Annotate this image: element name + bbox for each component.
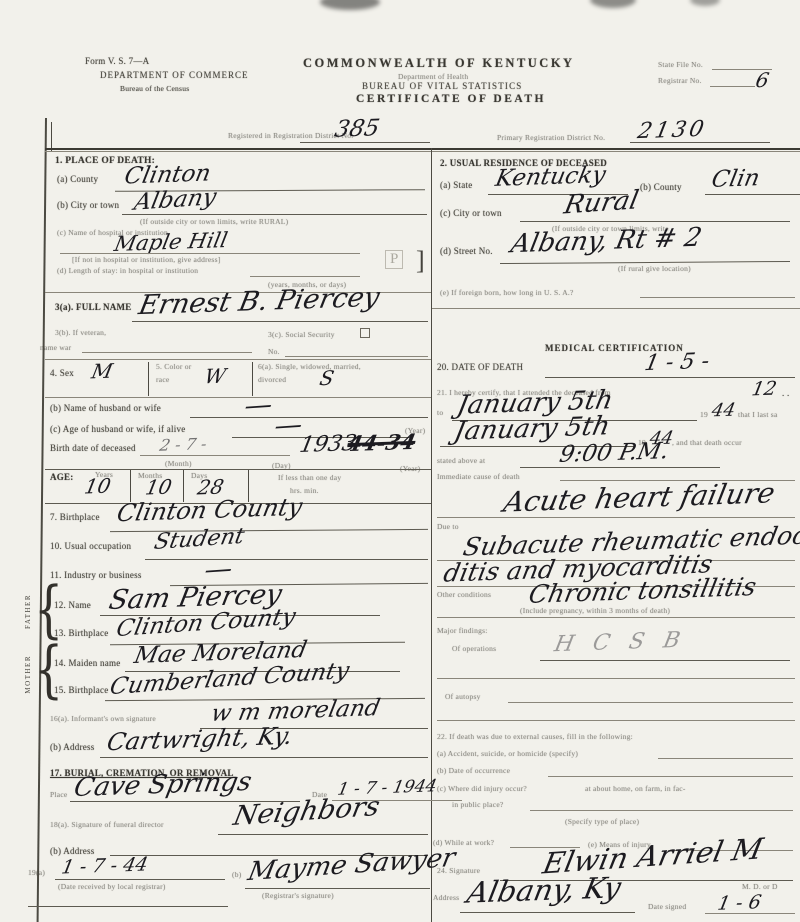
industry-value: — xyxy=(202,555,235,584)
ssn-checkbox xyxy=(360,328,370,338)
sex-label: 4. Sex xyxy=(50,368,74,378)
father-name-label: 12. Name xyxy=(54,600,91,610)
registrar-no-label: Registrar No. xyxy=(658,76,702,85)
autopsy-line xyxy=(508,702,793,703)
while-at-work-label: (d) While at work? xyxy=(433,838,494,847)
certify-tail: . . xyxy=(782,388,790,398)
attended-to-label: to xyxy=(437,408,443,417)
other-conditions-label: Other conditions xyxy=(437,590,491,599)
birthdate-scribble: 44-34 xyxy=(346,431,418,454)
funeral-director-line xyxy=(218,834,428,835)
veteran-label2: name war xyxy=(40,343,71,352)
md-note: M. D. or D xyxy=(742,882,778,891)
age-months-value: 10 xyxy=(144,477,174,498)
foreign-born-line xyxy=(640,297,795,298)
burial-place-label: Place xyxy=(50,790,68,799)
date-of-death-value: 1 - 5 - xyxy=(643,351,712,375)
ssn-no-label: No. xyxy=(268,347,280,356)
received-line xyxy=(55,879,225,880)
age-label: AGE: xyxy=(50,472,74,482)
where-line xyxy=(530,810,793,811)
department-line: DEPARTMENT OF COMMERCE xyxy=(100,70,248,80)
residence-county-line xyxy=(705,194,800,195)
registered-value: 385 xyxy=(333,117,382,142)
cell-divider xyxy=(148,362,149,396)
top-rule xyxy=(45,148,800,150)
informant-signature: w m moreland xyxy=(209,697,382,726)
where-injury-label: (c) Where did injury occur? xyxy=(437,784,527,793)
color-label: 5. Color or xyxy=(156,362,191,371)
occurrence-line xyxy=(548,776,793,777)
bottom-artifact-line xyxy=(28,906,228,907)
scan-smudge xyxy=(590,0,636,8)
residence-city-label: (c) City or town xyxy=(440,208,502,218)
street-label: (d) Street No. xyxy=(440,246,493,256)
registrar-sig-line xyxy=(245,888,430,889)
date-signed-line xyxy=(705,913,795,914)
vital-statistics-line: BUREAU OF VITAL STATISTICS xyxy=(362,81,523,91)
major-findings-label: Major findings: xyxy=(437,626,488,635)
street-note: (If rural give location) xyxy=(618,264,691,273)
district-label: Primary Registration District No. xyxy=(497,133,605,142)
autopsy-rule-2 xyxy=(437,720,795,721)
spouse-age-label: (c) Age of husband or wife, if alive xyxy=(50,424,185,434)
stamp-mark: P xyxy=(385,250,403,269)
birthdate-line xyxy=(140,455,290,456)
district-value: 2130 xyxy=(636,119,709,143)
registrar-no-value: 6 xyxy=(754,70,771,90)
other-conditions-note: (Include pregnancy, within 3 months of d… xyxy=(520,606,670,615)
mother-name-label: 14. Maiden name xyxy=(54,658,120,668)
residence-state-value: Kentucky xyxy=(493,164,607,191)
age-days-value: 28 xyxy=(196,477,226,498)
physician-sig-label: 24. Signature xyxy=(437,866,480,875)
city-line xyxy=(122,214,427,215)
attended-to-year: 44 xyxy=(710,402,737,421)
commonwealth-title: COMMONWEALTH OF KENTUCKY xyxy=(303,56,575,71)
other-rule xyxy=(437,617,795,618)
cause-rule-2 xyxy=(437,517,795,518)
city-note: (If outside city or town limits, write R… xyxy=(140,217,288,226)
death-tail: , and that death occur xyxy=(672,438,742,447)
industry-label: 11. Industry or business xyxy=(50,570,142,580)
marital-label2: divorced xyxy=(258,375,286,384)
age-less-label: If less than one day xyxy=(278,473,341,482)
scan-smudge xyxy=(690,0,720,6)
city-value: Albany xyxy=(132,186,218,215)
birthdate-value: 2 - 7 - xyxy=(158,436,208,454)
mother-group-label: MOTHER xyxy=(24,655,32,694)
fullname-value: Ernest B. Piercey xyxy=(136,284,381,319)
registrar-no-line xyxy=(710,86,755,87)
residence-state-label: (a) State xyxy=(440,180,472,190)
time-line xyxy=(520,467,720,468)
physician-address-line xyxy=(460,912,635,913)
birthplace-value: Clinton County xyxy=(115,495,304,525)
veteran-line xyxy=(82,352,252,353)
informant-address-value: Cartwright, Ky. xyxy=(105,724,295,754)
mother-birthplace-label: 15. Birthplace xyxy=(54,685,109,695)
marital-label: 6(a). Single, widowed, married, xyxy=(258,362,361,371)
residence-city-value: Rural xyxy=(562,188,641,219)
birthdate-month-caption: (Month) xyxy=(165,459,192,468)
row-sep xyxy=(45,397,431,398)
bureau-line: Bureau of the Census xyxy=(120,84,189,93)
county-label: (a) County xyxy=(57,174,98,184)
birthplace-label: 7. Birthplace xyxy=(50,512,100,522)
operations-rule-2 xyxy=(437,678,795,679)
funeral-director-label: 18(a). Signature of funeral director xyxy=(50,820,164,829)
form-number: Form V. S. 7—A xyxy=(85,56,149,66)
due-to-label: Due to xyxy=(437,522,459,531)
residence-bottom-sep xyxy=(432,308,800,309)
date-signed-label: Date signed xyxy=(648,902,686,911)
occupation-line xyxy=(145,559,428,560)
funeral-director-signature: Neighbors xyxy=(231,793,382,830)
other-conditions-value: Chronic tonsillitis xyxy=(527,574,759,607)
lastsaw-tail: that I last sa xyxy=(738,410,778,419)
death-certificate-scan: Form V. S. 7—A DEPARTMENT OF COMMERCE Bu… xyxy=(0,0,800,922)
age-divider xyxy=(130,470,131,502)
marital-value: S xyxy=(318,368,336,388)
informant-address-line xyxy=(100,757,428,758)
physician-address-label: Address xyxy=(433,893,459,902)
color-label2: race xyxy=(156,375,169,384)
date-signed-value: 1 - 6 xyxy=(716,893,763,913)
spouse-label: (b) Name of husband or wife xyxy=(50,403,161,413)
hospital-note: [If not in hospital or institution, give… xyxy=(72,255,220,264)
ssn-label: 3(c). Social Security xyxy=(268,330,335,339)
occupation-value: Student xyxy=(152,526,246,554)
stated-above-label: stated above at xyxy=(437,456,485,465)
of-operations-value: H C S B xyxy=(552,630,688,657)
where-injury-label-2: at about home, on farm, in fac- xyxy=(585,784,686,793)
physician-address-value: Albany, Ky xyxy=(465,873,624,907)
spouse-value: — xyxy=(242,391,275,420)
foreign-born-label: (e) If foreign born, how long in U. S. A… xyxy=(440,288,574,297)
spouse-age-value: — xyxy=(272,411,305,440)
birthdate-label: Birth date of deceased xyxy=(50,443,136,453)
age-years-value: 10 xyxy=(83,476,113,497)
scan-smudge xyxy=(320,0,380,10)
color-value: W xyxy=(203,366,228,387)
dept-health-line: Department of Health xyxy=(398,72,468,81)
street-value: Albany, Rt # 2 xyxy=(509,225,704,258)
residence-county-label: (b) County xyxy=(640,182,682,192)
external-causes-label: 22. If death was due to external causes,… xyxy=(437,732,633,741)
where-injury-label-3: in public place? xyxy=(452,800,503,809)
registered-line xyxy=(300,142,430,143)
time-of-death-value: 9:00 P.M. xyxy=(557,440,670,467)
residence-city-line xyxy=(520,221,790,222)
date-of-death-label: 20. DATE OF DEATH xyxy=(437,362,523,372)
accident-label: (a) Accident, suicide, or homicide (spec… xyxy=(437,749,578,758)
registrar-sig-note: (Registrar's signature) xyxy=(262,891,334,900)
of-operations-label: Of operations xyxy=(452,644,496,653)
ssn-line xyxy=(285,356,428,357)
form-left-border xyxy=(37,118,47,922)
top-rule-2 xyxy=(45,151,800,152)
certify-from-value: 12 xyxy=(750,380,778,400)
veteran-label: 3(b). If veteran, xyxy=(55,328,106,337)
accident-line xyxy=(658,758,793,759)
column-divider xyxy=(431,148,432,922)
occurrence-label: (b) Date of occurrence xyxy=(437,766,510,775)
residence-county-value: Clin xyxy=(710,167,762,192)
burial-place-value: Cave Springs xyxy=(72,769,254,801)
specify-place-note: (Specify type of place) xyxy=(565,817,639,826)
state-file-label: State File No. xyxy=(658,60,703,69)
fullname-label: 3(a). FULL NAME xyxy=(55,302,132,312)
informant-label: 16(a). Informant's own signature xyxy=(50,714,156,723)
city-label: (b) City or town xyxy=(57,200,119,210)
fullname-line xyxy=(132,321,428,322)
registrar-sig-label: (b) xyxy=(232,870,242,879)
received-date-value: 1 - 7 - 44 xyxy=(60,856,150,878)
certificate-title: CERTIFICATE OF DEATH xyxy=(356,93,546,105)
registrar-signature: Mayme Sawyer xyxy=(246,845,458,885)
occupation-label: 10. Usual occupation xyxy=(50,541,131,551)
informant-address-label: (b) Address xyxy=(50,742,95,752)
of-autopsy-label: Of autopsy xyxy=(445,692,481,701)
hospital-line xyxy=(60,253,360,254)
year-prefix-1: 19 xyxy=(700,410,708,419)
stay-line xyxy=(250,276,360,277)
received-note: (Date received by local registrar) xyxy=(58,882,166,891)
sex-value: M xyxy=(90,361,115,382)
received-label: 19(a) xyxy=(28,868,45,877)
cause-of-death-value: Acute heart failure xyxy=(501,479,777,516)
bracket-mark: ] xyxy=(416,246,425,276)
immediate-cause-label: Immediate cause of death xyxy=(437,472,520,481)
spouse-line xyxy=(190,417,428,418)
funeral-address-label: (b) Address xyxy=(50,846,95,856)
stay-label: (d) Length of stay: in hospital or insti… xyxy=(57,266,198,275)
operations-line xyxy=(540,660,790,661)
hospital-value: Maple Hill xyxy=(113,230,230,255)
father-group-label: FATHER xyxy=(24,594,32,629)
district-line xyxy=(630,142,770,143)
